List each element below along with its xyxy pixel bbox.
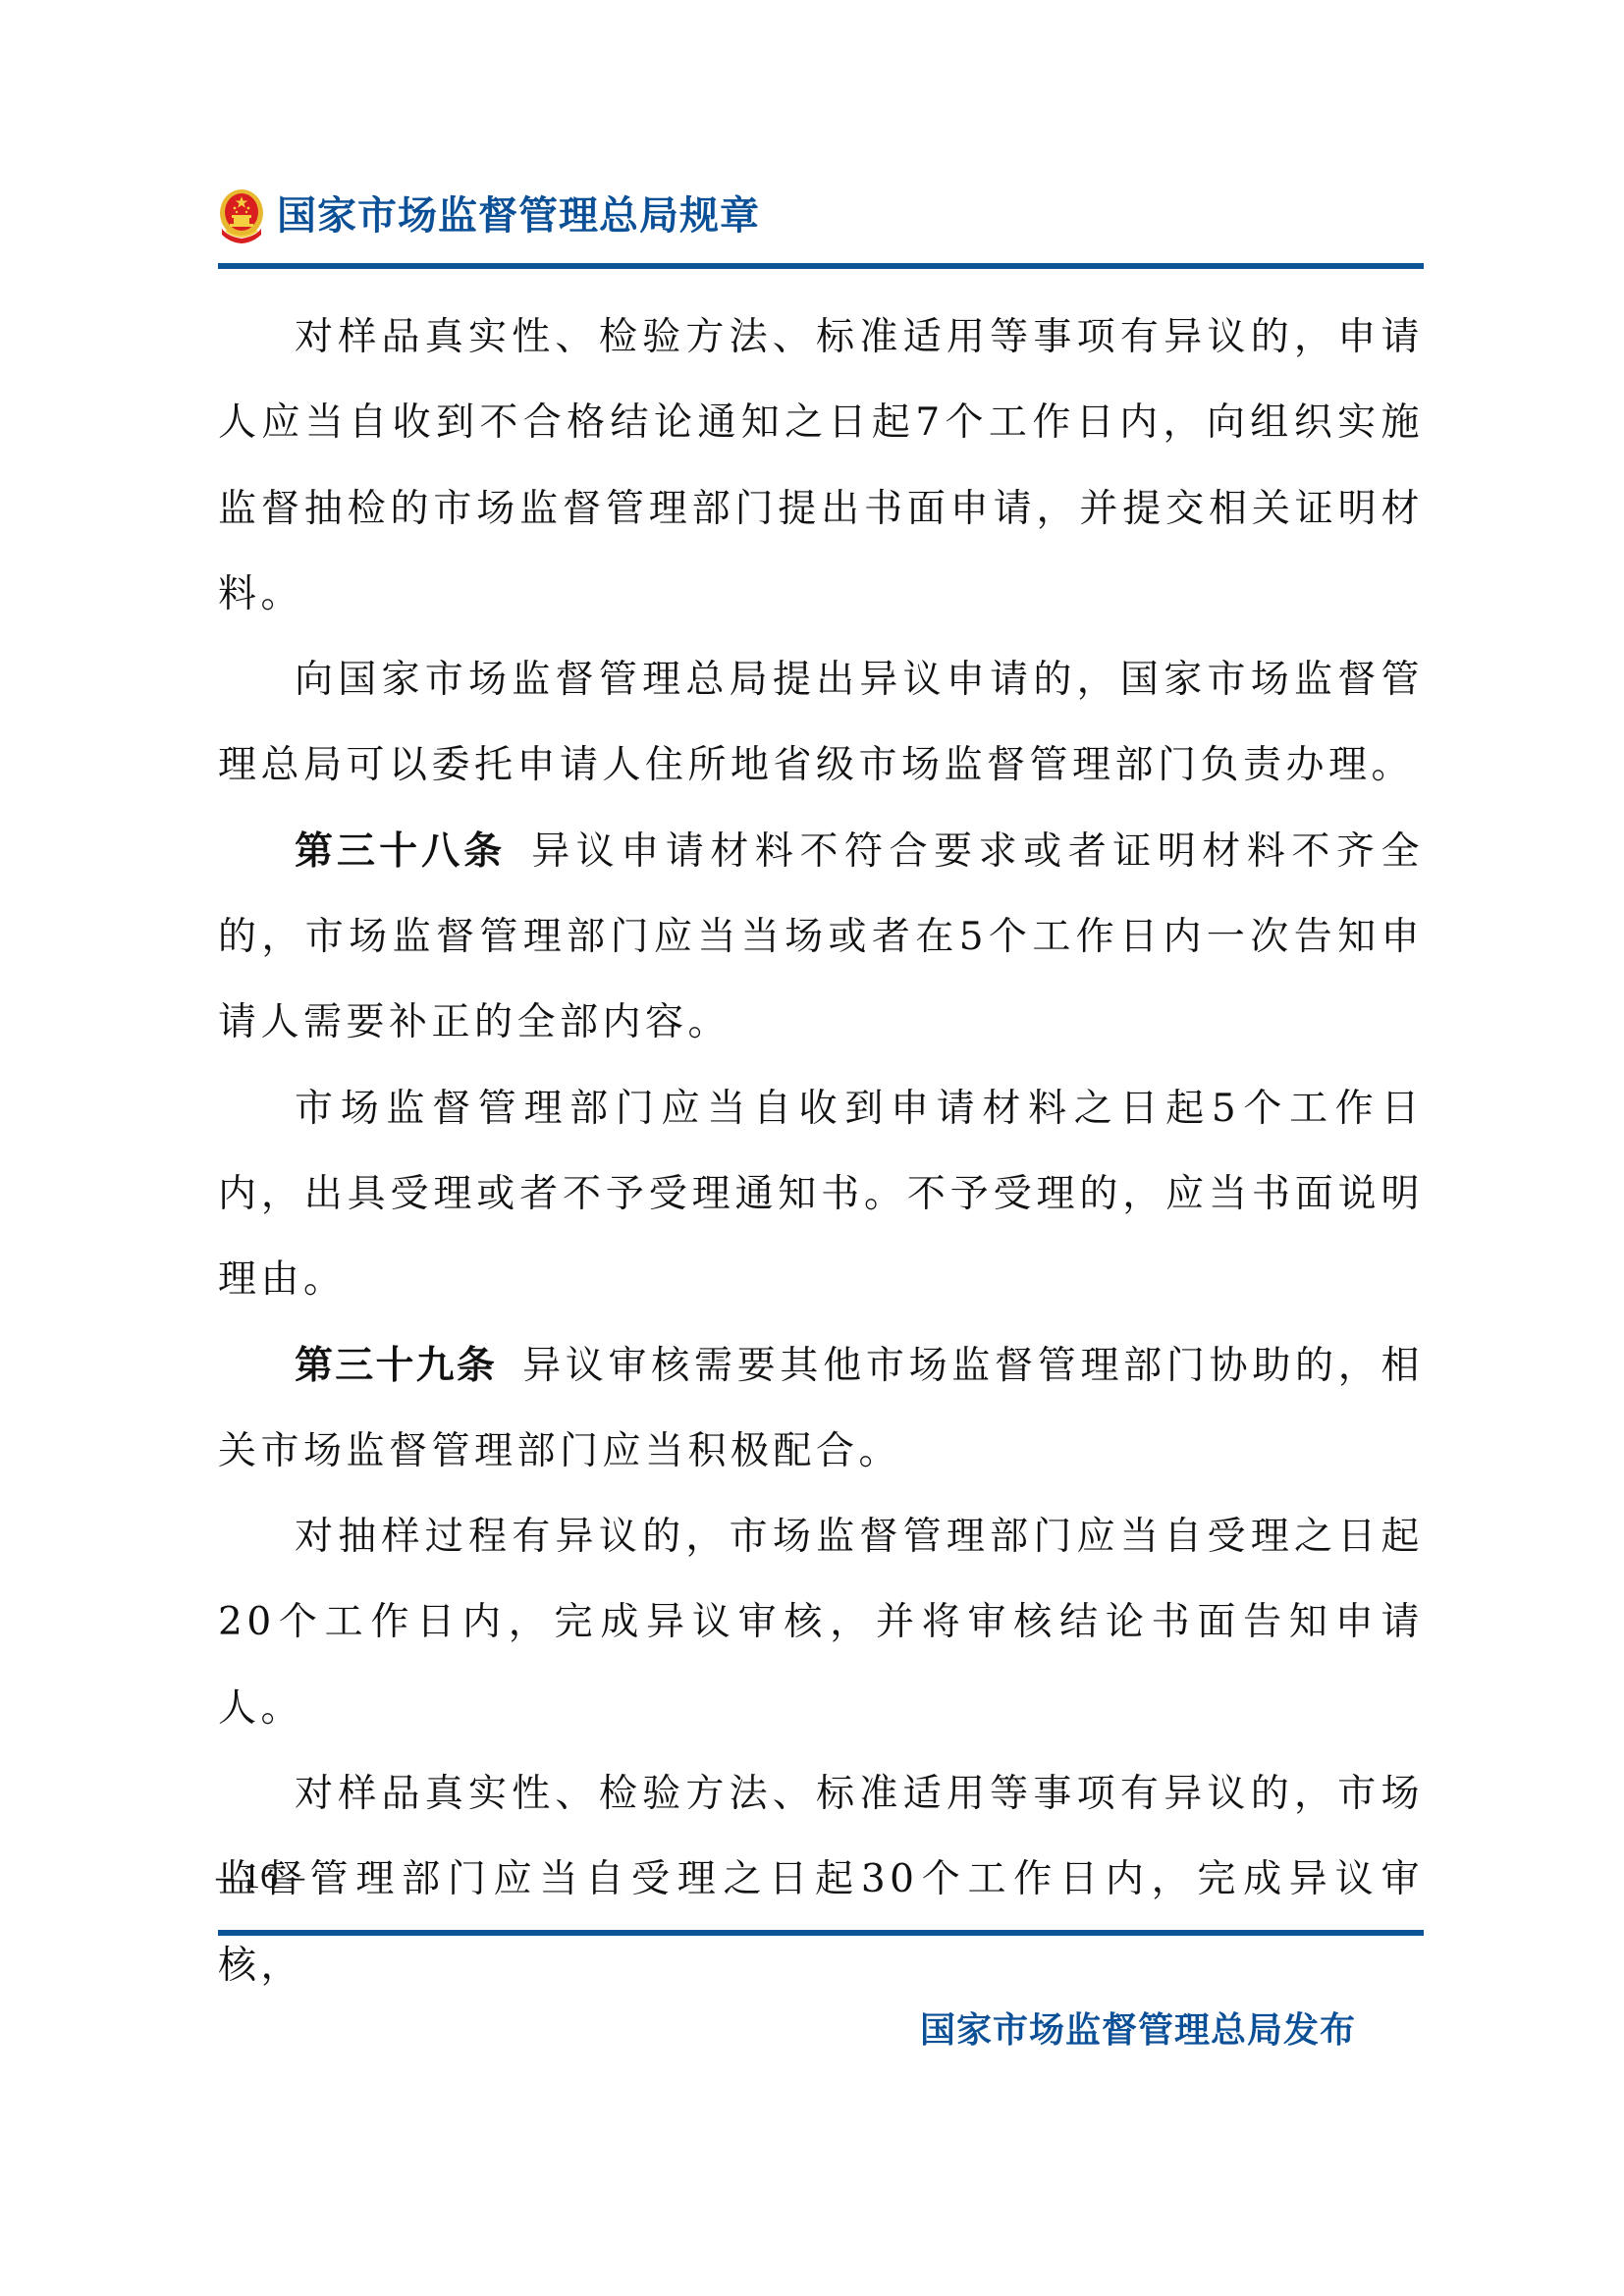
article-paragraph: 第三十九条异议审核需要其他市场监督管理部门协助的，相关市场监督管理部门应当积极配… (218, 1323, 1424, 1495)
article-paragraph: 第三十八条异议申请材料不符合要求或者证明材料不齐全的，市场监督管理部门应当当场或… (218, 809, 1424, 1066)
header-title: 国家市场监督管理总局规章 (277, 196, 760, 236)
paragraph-text: 市场监督管理部门应当自收到申请材料之日起5个工作日内，出具受理或者不予受理通知书… (218, 1087, 1424, 1303)
paragraph-text: 对抽样过程有异议的，市场监督管理部门应当自受理之日起20个工作日内，完成异议审核… (218, 1515, 1424, 1731)
paragraph-text: 对样品真实性、检验方法、标准适用等事项有异议的，市场监督管理部门应当自受理之日起… (218, 1772, 1424, 1988)
paragraph: 市场监督管理部门应当自收到申请材料之日起5个工作日内，出具受理或者不予受理通知书… (218, 1066, 1424, 1323)
article-number: 第三十九条 (295, 1344, 497, 1388)
paragraph: 对样品真实性、检验方法、标准适用等事项有异议的，申请人应当自收到不合格结论通知之… (218, 294, 1424, 637)
page-number: – 16 – (216, 1855, 304, 1896)
footer-publisher: 国家市场监督管理总局发布 (474, 2002, 1356, 2053)
paragraph: 对抽样过程有异议的，市场监督管理部门应当自受理之日起20个工作日内，完成异议审核… (218, 1494, 1424, 1751)
paragraph-text: 向国家市场监督管理总局提出异议申请的，国家市场监督管理总局可以委托申请人住所地省… (218, 658, 1424, 787)
header-divider (218, 263, 1424, 269)
article-number: 第三十八条 (295, 829, 506, 874)
paragraph: 向国家市场监督管理总局提出异议申请的，国家市场监督管理总局可以委托申请人住所地省… (218, 637, 1424, 809)
national-emblem-icon (218, 187, 265, 244)
page-header: 国家市场监督管理总局规章 (218, 185, 760, 247)
paragraph: 对样品真实性、检验方法、标准适用等事项有异议的，市场监督管理部门应当自受理之日起… (218, 1751, 1424, 2008)
footer-divider (218, 1930, 1424, 1936)
paragraph-text: 对样品真实性、检验方法、标准适用等事项有异议的，申请人应当自收到不合格结论通知之… (218, 315, 1424, 616)
document-body: 对样品真实性、检验方法、标准适用等事项有异议的，申请人应当自收到不合格结论通知之… (218, 294, 1424, 2008)
